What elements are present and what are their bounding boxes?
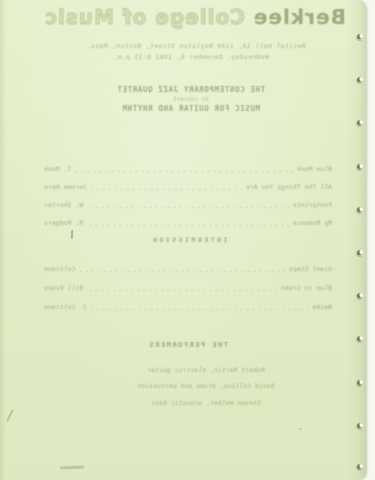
binding-hole (357, 463, 364, 470)
binding-hole (357, 249, 364, 256)
binding-hole (357, 422, 364, 429)
binding-hole (357, 33, 364, 40)
binding-hole (357, 335, 364, 342)
paper-sheet (0, 0, 366, 480)
scanned-program-page: { "paper": { "color": "#e3efc7", "scan_b… (0, 0, 375, 480)
binding-hole (357, 379, 364, 386)
speck-mark (299, 428, 302, 430)
binding-hole (357, 76, 364, 83)
binding-hole (357, 119, 364, 126)
binding-hole (357, 292, 364, 299)
binding-hole (357, 206, 364, 213)
binding-hole (357, 163, 364, 170)
